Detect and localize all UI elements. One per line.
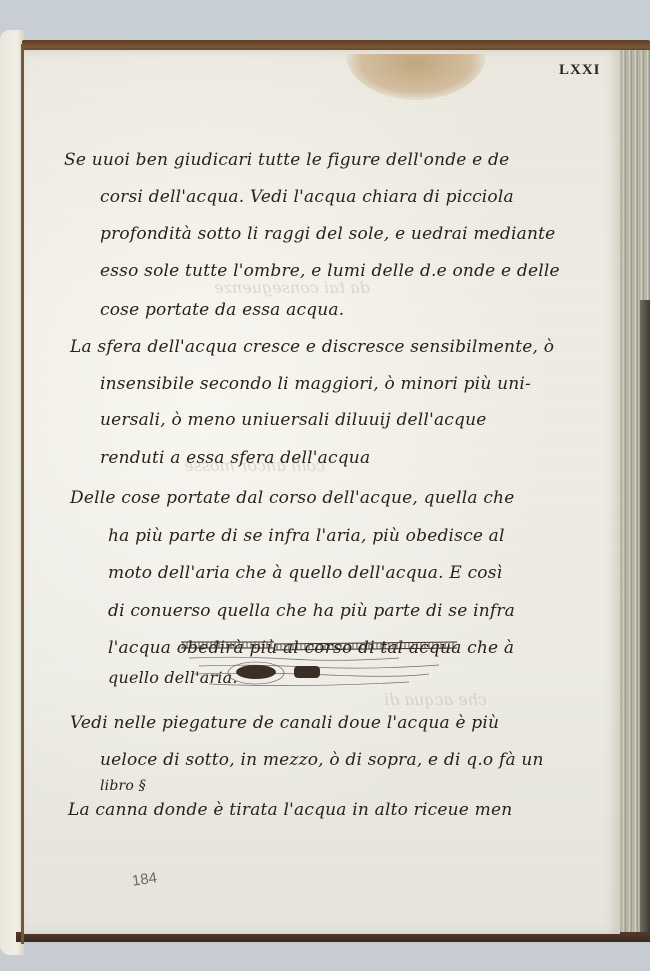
text-line: uersali, ò meno uniuersali diluuij dell'… [100,410,487,430]
text-line: renduti a essa sfera dell'acqua [100,448,370,468]
water-sketch-illustration [179,636,459,692]
text-line: La canna donde è tirata l'acqua in alto … [68,800,512,820]
text-line: ueloce di sotto, in mezzo, ò di sopra, e… [100,750,544,770]
text-line: La sfera dell'acqua cresce e discresce s… [70,337,554,357]
text-line: insensibile secondo li maggiori, ò minor… [100,374,531,394]
photo-scene: LXXI da tai conseguenze colli ancor moss… [0,0,650,971]
pencil-page-number: 184 [131,869,158,889]
text-line: esso sole tutte l'ombre, e lumi delle d.… [100,261,560,281]
text-line: libro § [100,778,146,794]
text-line: di conuerso quella che ha più parte di s… [108,601,515,621]
text-line: Delle cose portate dal corso dell'acque,… [70,488,514,508]
manuscript-page: LXXI da tai conseguenze colli ancor moss… [24,50,620,934]
text-line: cose portate da essa acqua. [100,300,344,320]
cover-right-edge [640,300,650,940]
text-line: profondità sotto li raggi del sole, e ue… [100,224,555,244]
text-line: ha più parte di se infra l'aria, più obe… [108,526,505,546]
text-line: corsi dell'acqua. Vedi l'acqua chiara di… [100,187,514,207]
text-line: moto dell'aria che à quello dell'acqua. … [108,563,502,583]
text-body: Se uuoi ben giudicari tutte le figure de… [24,50,620,934]
text-line: Se uuoi ben giudicari tutte le figure de… [64,150,509,170]
text-line: Vedi nelle piegature de canali doue l'ac… [70,713,499,733]
